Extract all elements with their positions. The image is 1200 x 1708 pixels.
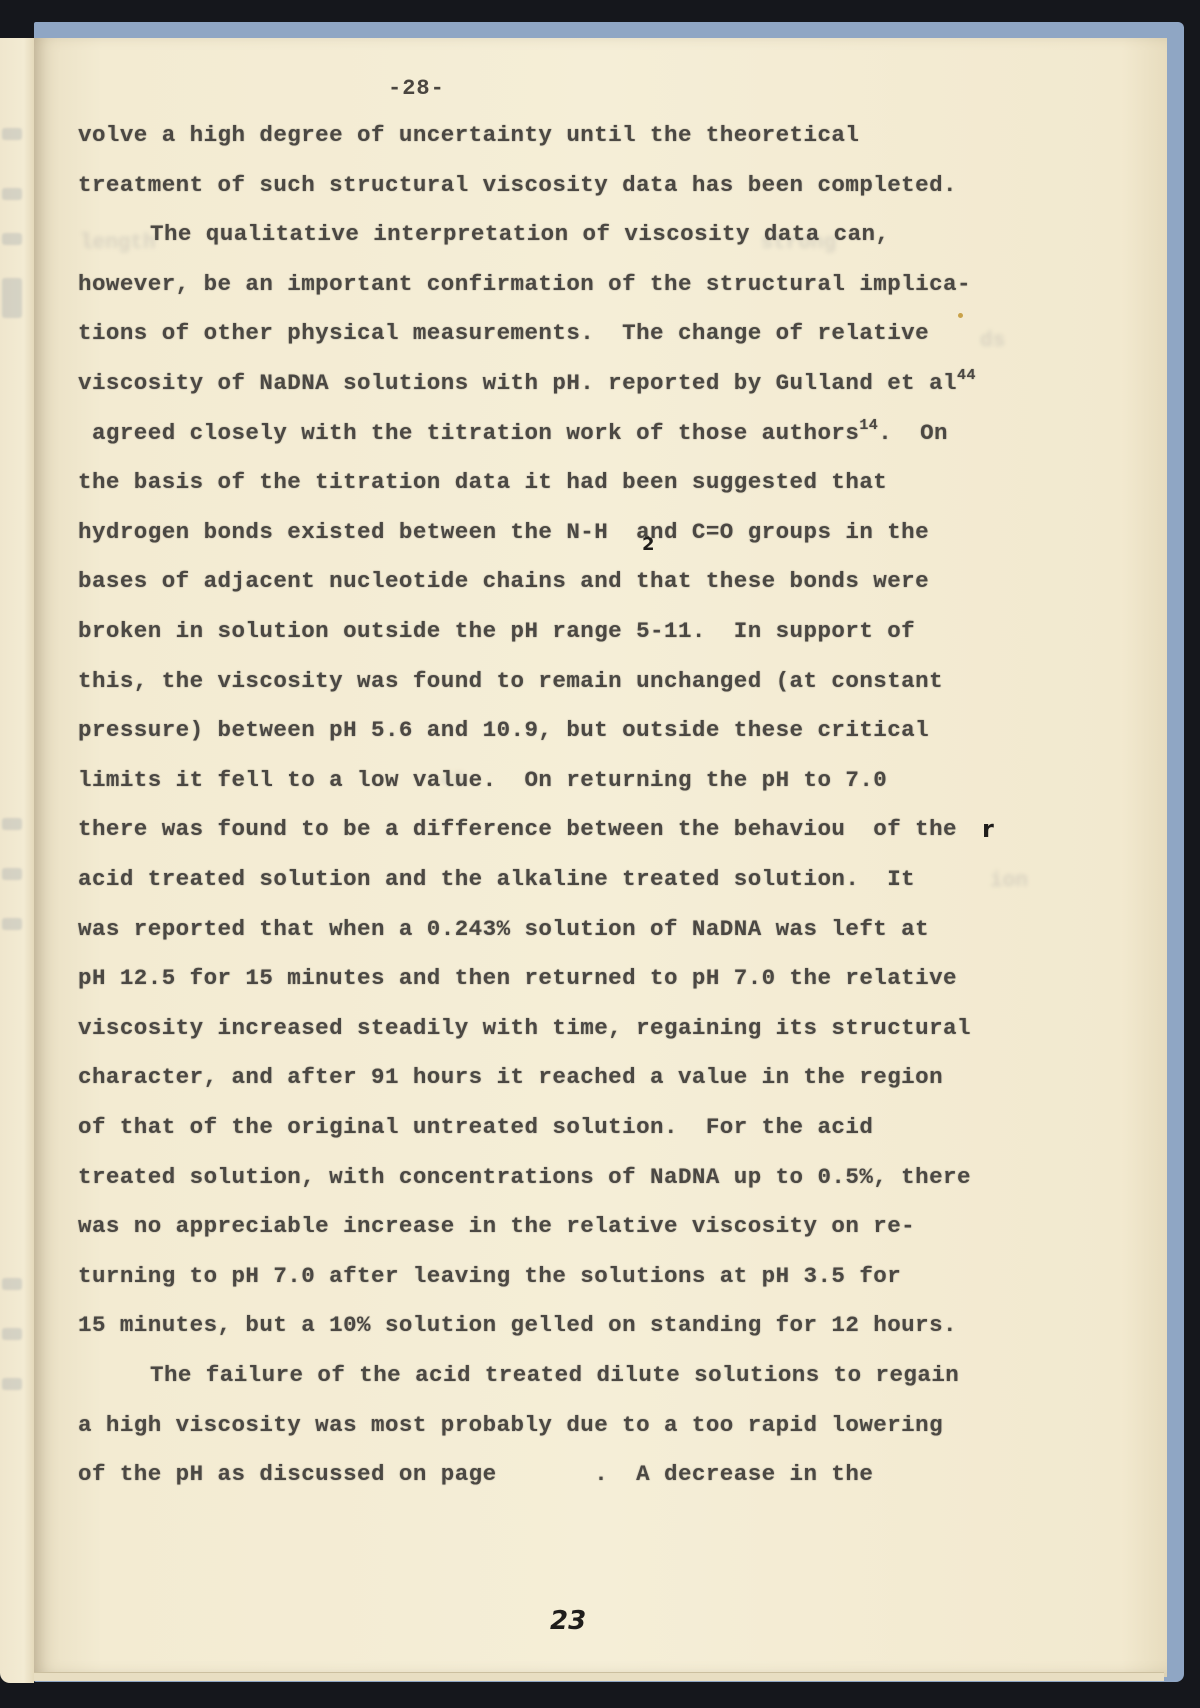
text-line: was no appreciable increase in the relat… — [78, 1213, 915, 1239]
text-line: character, and after 91 hours it reached… — [78, 1064, 943, 1090]
bleed-mark — [2, 188, 22, 200]
text-line: acid treated solution and the alkaline t… — [78, 866, 915, 892]
text-line: a high viscosity was most probably due t… — [78, 1412, 943, 1438]
bleed-mark — [2, 128, 22, 140]
show-through-text: ds — [980, 330, 1005, 353]
paper-stain — [958, 313, 963, 318]
page-number: -28- — [388, 76, 445, 101]
bleed-mark — [2, 233, 22, 245]
bleed-mark — [2, 918, 22, 930]
text-line: limits it fell to a low value. On return… — [78, 767, 887, 793]
text-line: there was found to be a difference betwe… — [78, 816, 957, 842]
text-line: agreed closely with the titration work o… — [78, 420, 948, 446]
text-line: treatment of such structural viscosity d… — [78, 172, 957, 198]
text-line: bases of adjacent nucleotide chains and … — [78, 568, 929, 594]
bleed-mark — [2, 278, 22, 318]
text-line: pH 12.5 for 15 minutes and then returned… — [78, 965, 957, 991]
text-line: was reported that when a 0.243% solution… — [78, 916, 929, 942]
text-line: 15 minutes, but a 10% solution gelled on… — [78, 1312, 957, 1338]
text-line: the basis of the titration data it had b… — [78, 469, 887, 495]
page-bottom-edge — [34, 1672, 1164, 1681]
handwritten-page-reference: 23 — [550, 1606, 586, 1636]
bleed-mark — [2, 818, 22, 830]
show-through-text: ion — [990, 870, 1028, 893]
text-line: viscosity increased steadily with time, … — [78, 1015, 971, 1041]
text-line: The qualitative interpretation of viscos… — [150, 221, 889, 247]
text-line: tions of other physical measurements. Th… — [78, 320, 929, 346]
bleed-mark — [2, 1328, 22, 1340]
text-line: turning to pH 7.0 after leaving the solu… — [78, 1263, 901, 1289]
bleed-mark — [2, 1378, 22, 1390]
handwritten-subscript: 2 — [642, 534, 655, 555]
text-line: however, be an important confirmation of… — [78, 271, 971, 297]
text-line: of that of the original untreated soluti… — [78, 1114, 873, 1140]
bleed-mark — [2, 868, 22, 880]
text-line: The failure of the acid treated dilute s… — [150, 1362, 959, 1388]
handwritten-correction: r — [982, 815, 994, 843]
reference-superscript: 44 — [957, 367, 976, 384]
text-line: viscosity of NaDNA solutions with pH. re… — [78, 370, 976, 396]
text-line: hydrogen bonds existed between the N-H a… — [78, 519, 929, 545]
text-line: treated solution, with concentrations of… — [78, 1164, 971, 1190]
text-line: of the pH as discussed on page . A decre… — [78, 1461, 873, 1487]
text-line: this, the viscosity was found to remain … — [78, 668, 943, 694]
previous-page-edge — [0, 38, 34, 1683]
text-line: volve a high degree of uncertainty until… — [78, 122, 859, 148]
reference-superscript: 14 — [859, 417, 878, 434]
text-line: pressure) between pH 5.6 and 10.9, but o… — [78, 717, 929, 743]
text-line: broken in solution outside the pH range … — [78, 618, 915, 644]
bleed-mark — [2, 1278, 22, 1290]
